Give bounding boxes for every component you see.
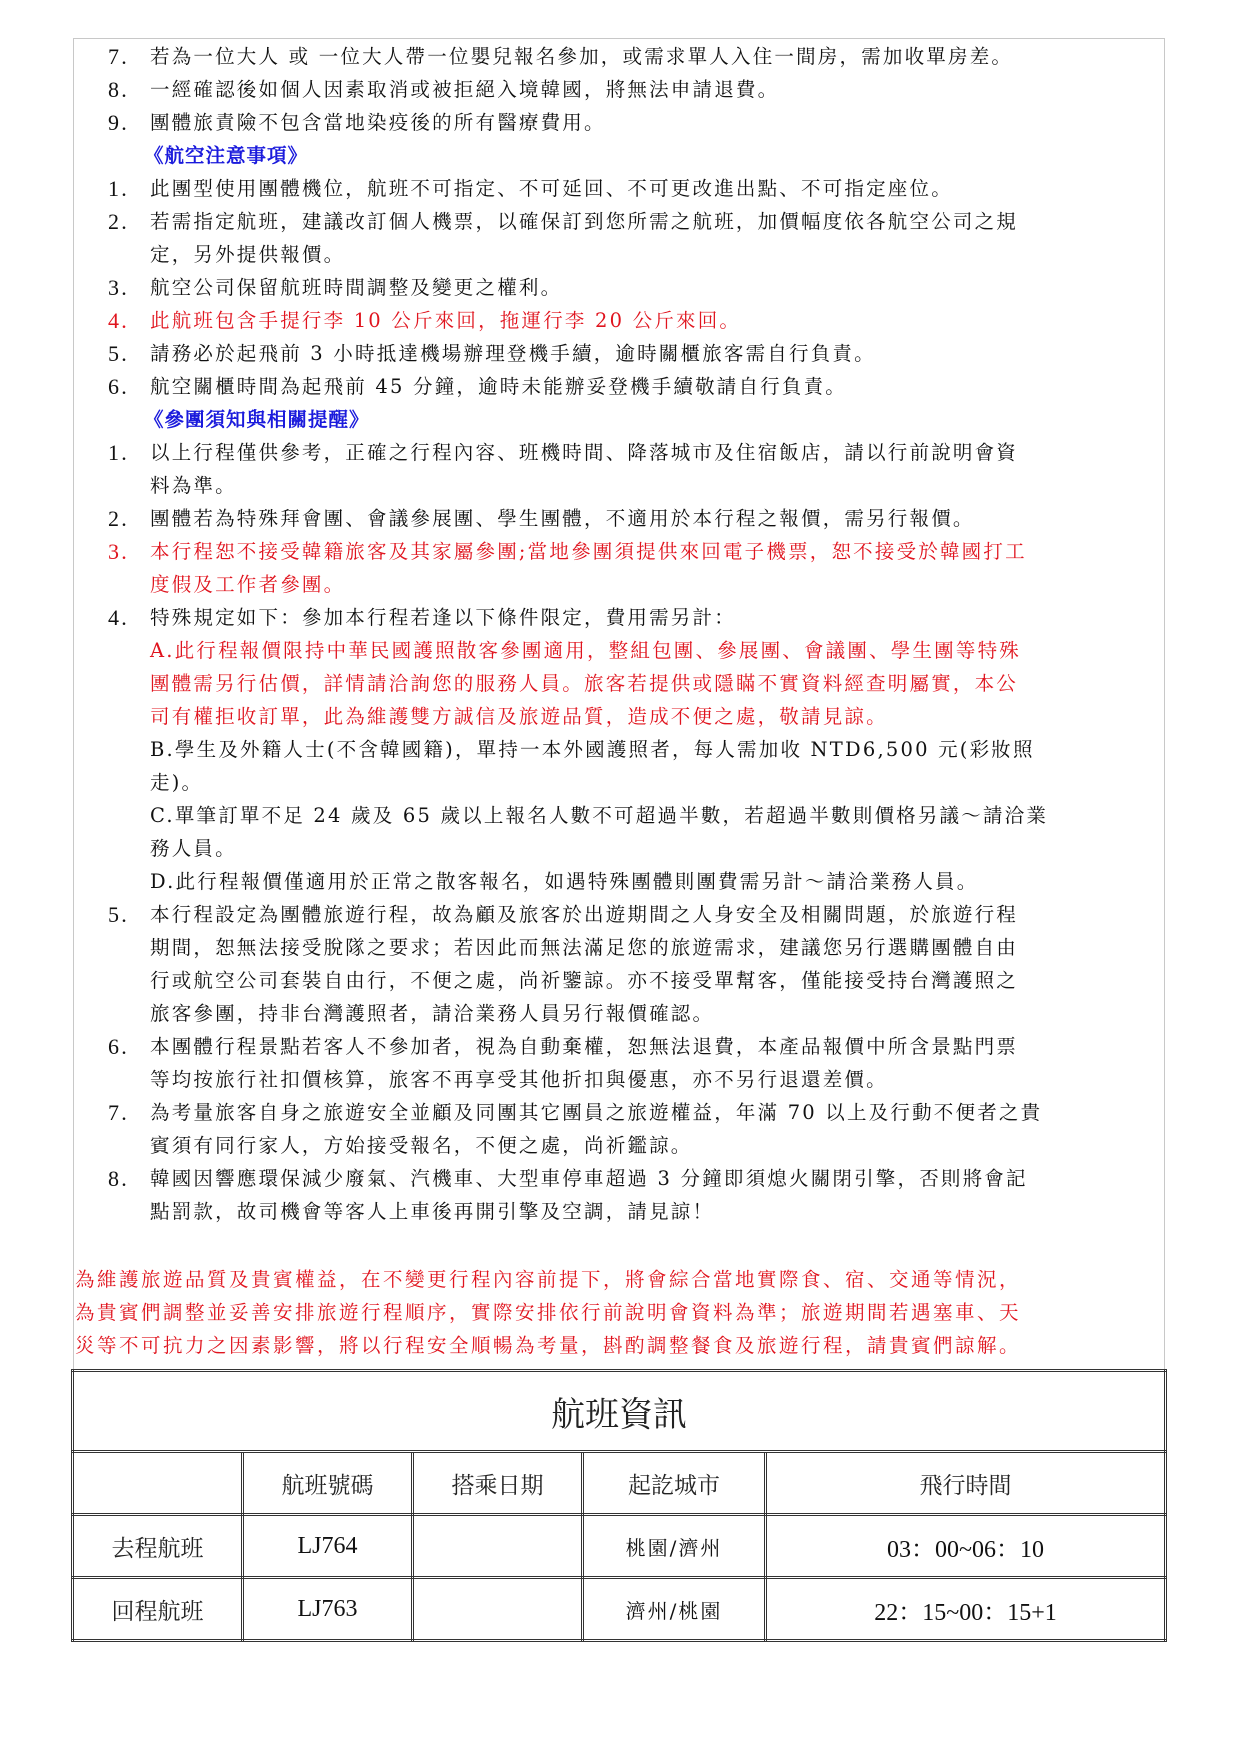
list-item: 7.若為一位大人 或 一位大人帶一位嬰兒報名參加，或需求單人入住一間房，需加收單… [108,40,1158,73]
list-item: 8.韓國因響應環保減少廢氣、汽機車、大型車停車超過 3 分鐘即須熄火關閉引擎，否… [108,1162,1158,1195]
item-number: 5. [108,337,150,370]
sub-item-b-continued: 走)。 [108,766,1158,799]
item-text: 團體若為特殊拜會團、會議參展團、學生團體，不適用於本行程之報價，需另行報價。 [150,502,1158,535]
row-label: 去程航班 [73,1515,243,1578]
item-number: 7. [108,40,150,73]
list-item: 4.特殊規定如下：參加本行程若逢以下條件限定，費用需另計： [108,601,1158,634]
item-number: 4. [108,304,150,337]
item-number: 1. [108,436,150,469]
item-text-continued: 定，另外提供報價。 [108,238,1158,271]
item-text: 特殊規定如下：參加本行程若逢以下條件限定，費用需另計： [150,601,1158,634]
item-text: 若需指定航班，建議改訂個人機票，以確保訂到您所需之航班，加價幅度依各航空公司之規 [150,205,1158,238]
notice-line: 災等不可抗力之因素影響，將以行程安全順暢為考量，斟酌調整餐食及旅遊行程，請貴賓們… [75,1329,1165,1362]
item-number: 4. [108,601,150,634]
sub-item-c: C.單筆訂單不足 24 歲及 65 歲以上報名人數不可超過半數，若超過半數則價格… [108,799,1158,832]
list-item: 3.航空公司保留航班時間調整及變更之權利。 [108,271,1158,304]
flight-route: 濟州/桃園 [583,1578,766,1641]
item-number: 6. [108,1030,150,1063]
item-number: 6. [108,370,150,403]
item-text: 請務必於起飛前 3 小時抵達機場辦理登機手續，逾時關櫃旅客需自行負責。 [150,337,1158,370]
flight-route: 桃園/濟州 [583,1515,766,1578]
item-text-continued: 旅客參團，持非台灣護照者，請洽業務人員另行報價確認。 [108,997,1158,1030]
sub-item-a-continued: 司有權拒收訂單，此為維護雙方誠信及旅遊品質，造成不便之處，敬請見諒。 [108,700,1158,733]
item-text-continued: 賓須有同行家人，方始接受報名，不便之處，尚祈鑑諒。 [108,1129,1158,1162]
list-item: 6.本團體行程景點若客人不參加者，視為自動棄權，恕無法退費，本產品報價中所含景點… [108,1030,1158,1063]
item-text-continued: 點罰款，故司機會等客人上車後再開引擎及空調，請見諒！ [108,1195,1158,1228]
item-text: 本行程設定為團體旅遊行程，故為顧及旅客於出遊期間之人身安全及相關問題，於旅遊行程 [150,898,1158,931]
list-item: 1.以上行程僅供參考，正確之行程內容、班機時間、降落城市及住宿飯店，請以行前說明… [108,436,1158,469]
list-item: 1.此團型使用團體機位，航班不可指定、不可延回、不可更改進出點、不可指定座位。 [108,172,1158,205]
list-item: 7.為考量旅客自身之旅遊安全並顧及同團其它團員之旅遊權益，年滿 70 以上及行動… [108,1096,1158,1129]
item-number: 3. [108,535,150,568]
flight-time: 03：00~06：10 [766,1515,1166,1578]
item-text: 航空關櫃時間為起飛前 45 分鐘，逾時未能辦妥登機手續敬請自行負責。 [150,370,1158,403]
item-number: 5. [108,898,150,931]
item-number: 8. [108,73,150,106]
item-number: 2. [108,502,150,535]
header-flight-time: 飛行時間 [766,1452,1166,1515]
list-item-baggage: 4.此航班包含手提行李 10 公斤來回，拖運行李 20 公斤來回。 [108,304,1158,337]
flight-number: LJ763 [243,1578,413,1641]
sub-item-b: B.學生及外籍人士(不含韓國籍)，單持一本外國護照者，每人需加收 NTD6,50… [108,733,1158,766]
table-row-return: 回程航班 LJ763 濟州/桃園 22：15~00：15+1 [73,1578,1166,1641]
item-number: 7. [108,1096,150,1129]
item-text: 此團型使用團體機位，航班不可指定、不可延回、不可更改進出點、不可指定座位。 [150,172,1158,205]
header-empty [73,1452,243,1515]
item-number: 9. [108,106,150,139]
list-item: 2.若需指定航班，建議改訂個人機票，以確保訂到您所需之航班，加價幅度依各航空公司… [108,205,1158,238]
list-item: 5.請務必於起飛前 3 小時抵達機場辦理登機手續，逾時關櫃旅客需自行負責。 [108,337,1158,370]
header-flight-number: 航班號碼 [243,1452,413,1515]
list-item: 8.一經確認後如個人因素取消或被拒絕入境韓國，將無法申請退費。 [108,73,1158,106]
flight-time: 22：15~00：15+1 [766,1578,1166,1641]
item-text: 一經確認後如個人因素取消或被拒絕入境韓國，將無法申請退費。 [150,73,1158,106]
item-number: 1. [108,172,150,205]
sub-item-d: D.此行程報價僅適用於正常之散客報名，如遇特殊團體則團費需另計～請洽業務人員。 [108,865,1158,898]
item-number: 2. [108,205,150,238]
item-number: 8. [108,1162,150,1195]
item-text: 韓國因響應環保減少廢氣、汽機車、大型車停車超過 3 分鐘即須熄火關閉引擎，否則將… [150,1162,1158,1195]
list-item-korean-nationals: 3.本行程恕不接受韓籍旅客及其家屬參團;當地參團須提供來回電子機票，恕不接受於韓… [108,535,1158,568]
row-label: 回程航班 [73,1578,243,1641]
list-item: 9.團體旅責險不包含當地染疫後的所有醫療費用。 [108,106,1158,139]
header-date: 搭乘日期 [413,1452,583,1515]
item-text: 為考量旅客自身之旅遊安全並顧及同團其它團員之旅遊權益，年滿 70 以上及行動不便… [150,1096,1158,1129]
item-text: 航空公司保留航班時間調整及變更之權利。 [150,271,1158,304]
table-row-outbound: 去程航班 LJ764 桃園/濟州 03：00~06：10 [73,1515,1166,1578]
document-body: 7.若為一位大人 或 一位大人帶一位嬰兒報名參加，或需求單人入住一間房，需加收單… [108,40,1158,1228]
item-text-continued: 度假及工作者參團。 [108,568,1158,601]
header-route: 起訖城市 [583,1452,766,1515]
list-item: 5.本行程設定為團體旅遊行程，故為顧及旅客於出遊期間之人身安全及相關問題，於旅遊… [108,898,1158,931]
item-text-continued: 料為準。 [108,469,1158,502]
item-text: 以上行程僅供參考，正確之行程內容、班機時間、降落城市及住宿飯店，請以行前說明會資 [150,436,1158,469]
flight-table-title: 航班資訊 [73,1371,1166,1452]
notice-line: 為貴賓們調整並妥善安排旅遊行程順序，實際安排依行前說明會資料為準；旅遊期間若遇塞… [75,1296,1165,1329]
flight-date [413,1515,583,1578]
sub-item-c-continued: 務人員。 [108,832,1158,865]
flight-date [413,1578,583,1641]
item-number: 3. [108,271,150,304]
sub-item-a-continued: 團體需另行估價，詳情請洽詢您的服務人員。旅客若提供或隱瞞不實資料經查明屬實，本公 [108,667,1158,700]
item-text-continued: 行或航空公司套裝自由行，不便之處，尚祈鑒諒。亦不接受單幫客，僅能接受持台灣護照之 [108,964,1158,997]
list-item: 2.團體若為特殊拜會團、會議參展團、學生團體，不適用於本行程之報價，需另行報價。 [108,502,1158,535]
notice-line: 為維護旅遊品質及貴賓權益，在不變更行程內容前提下，將會綜合當地實際食、宿、交通等… [75,1263,1165,1296]
item-text: 此航班包含手提行李 10 公斤來回，拖運行李 20 公斤來回。 [150,304,1158,337]
item-text: 團體旅責險不包含當地染疫後的所有醫療費用。 [150,106,1158,139]
item-text-continued: 期間，恕無法接受脫隊之要求；若因此而無法滿足您的旅遊需求，建議您另行選購團體自由 [108,931,1158,964]
table-header-row: 航班號碼 搭乘日期 起訖城市 飛行時間 [73,1452,1166,1515]
sub-item-a: A.此行程報價限持中華民國護照散客參團適用，整組包團、參展團、會議團、學生團等特… [108,634,1158,667]
item-text: 本團體行程景點若客人不參加者，視為自動棄權，恕無法退費，本產品報價中所含景點門票 [150,1030,1158,1063]
flight-info-table: 航班資訊 航班號碼 搭乘日期 起訖城市 飛行時間 去程航班 LJ764 桃園/濟… [71,1369,1167,1642]
section-heading-airline: 《航空注意事項》 [108,139,1158,172]
list-item: 6.航空關櫃時間為起飛前 45 分鐘，逾時未能辦妥登機手續敬請自行負責。 [108,370,1158,403]
item-text: 若為一位大人 或 一位大人帶一位嬰兒報名參加，或需求單人入住一間房，需加收單房差… [150,40,1158,73]
section-heading-tour: 《參團須知與相關提醒》 [108,403,1158,436]
item-text: 本行程恕不接受韓籍旅客及其家屬參團;當地參團須提供來回電子機票，恕不接受於韓國打… [150,535,1158,568]
itinerary-notice: 為維護旅遊品質及貴賓權益，在不變更行程內容前提下，將會綜合當地實際食、宿、交通等… [75,1263,1165,1362]
item-text-continued: 等均按旅行社扣價核算，旅客不再享受其他折扣與優惠，亦不另行退還差價。 [108,1063,1158,1096]
flight-number: LJ764 [243,1515,413,1578]
